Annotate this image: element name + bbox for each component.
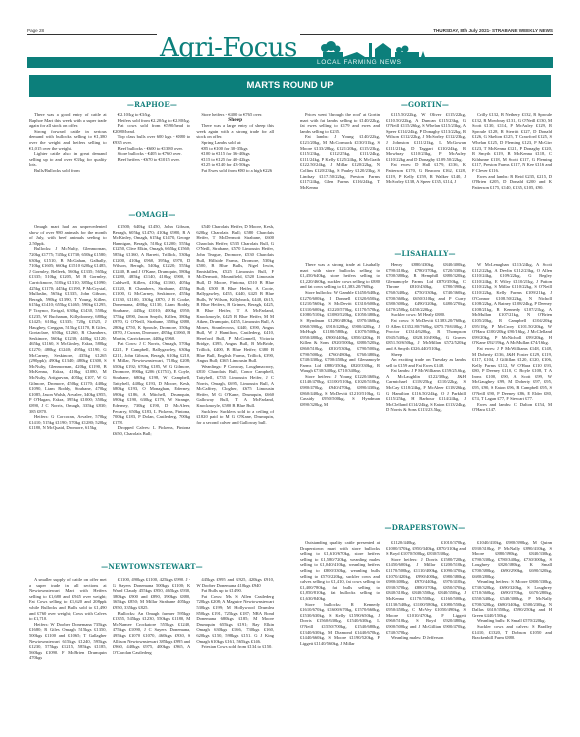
raphoe-col-2: €2.10/kg to €3/kg. Heifers sold from €2.… (113, 112, 191, 207)
paragraph: Fat ewes: D Hall £179, £136, K Patterson… (386, 162, 466, 184)
paragraph: £115.50/22kg, W Oliver £115/22kg, £110.5… (386, 112, 466, 162)
draperstown-col-3: £1040/410kg, £980/390kg, M Quinn £930/31… (472, 540, 552, 705)
paragraph: Beef heifers - €670 to €1015 over. (113, 157, 191, 163)
paragraph: Bulls/Bullocks sold from (29, 168, 107, 174)
paragraph: Strong forward cattle in serious demand … (29, 129, 107, 151)
gortin-heading: —GORTIN— (300, 100, 550, 109)
paragraph: Fat ewes: J P McWilliams £148, £148, M D… (472, 346, 552, 402)
lisahally-col-2: Henry £880/430kg, £840/400kg, £790/410kg… (386, 262, 466, 515)
paragraph: There was a large entry of sheep this we… (196, 123, 274, 140)
paragraph: £1120/440kg, £1010/370kg, £1000/370kg, £… (386, 540, 466, 557)
gortin-col-2: £115.50/22kg, W Oliver £115/22kg, £110.5… (386, 112, 466, 247)
gortin-article: Prices went 'through the roof' at Gortin… (300, 112, 552, 247)
paragraph: Bullocks: An Omagh farmer 595kgs £1355, … (113, 611, 191, 656)
paragraph: Omagh mart had an unprecedented show of … (29, 224, 107, 246)
paragraph: Prices went 'through the roof' at Gortin… (300, 112, 380, 134)
dateline: THURSDAY, 8th July 2021- STRABANE WEEKLY… (433, 28, 553, 33)
paragraph: Fat Ewes sold from €80 to a high €226 (196, 168, 274, 174)
paragraph: Suckler cows and calves: S Bradley £1410… (472, 624, 552, 641)
draperstown-article: Outstanding quality cattle presented at … (300, 540, 552, 705)
omagh-col-3: £540 Charolais Heifer, D Moore, Kesh, 62… (196, 224, 274, 478)
paragraph: Fat cows sold from €590/head to €2080/he… (113, 123, 191, 134)
masthead: Agri-Focus LOCAL FARMING NEWS (27, 38, 553, 70)
paragraph: Lighter cattle also in great demand sell… (29, 151, 107, 168)
paragraph: Top class bulls over 600 kgs - €880 to €… (113, 134, 191, 145)
newtownstewart-col-3: 445kgs £995 and £925, 420kgs £910, W Doo… (196, 577, 274, 702)
newtownstewart-article: A smaller supply of cattle on offer met … (29, 577, 274, 702)
raphoe-article: There was a good entry of cattle at Raph… (29, 112, 274, 207)
paragraph: A smaller supply of cattle on offer met … (29, 577, 107, 622)
marts-banner: MARTS ROUND UP (29, 75, 551, 97)
raphoe-col-1: There was a good entry of cattle at Raph… (29, 112, 107, 207)
paragraph: £1040/410kg, £980/390kg, M Quinn £930/31… (472, 540, 552, 579)
paragraph: £540 Charolais Heifer, D Moore, Kesh, 62… (196, 224, 274, 364)
paragraph: An exciting trade on Tuesday as lambs se… (386, 357, 466, 368)
paragraph: Weanling heifers: S Moore £800/330kg, £7… (472, 579, 552, 618)
paragraph: Fat lambs: J P McWilliams £159/25.6kg, A… (386, 368, 466, 413)
omagh-col-1: Omagh mart had an unprecedented show of … (29, 224, 107, 478)
paragraph: Crilly £132, B Nethery £132, R Sproule £… (472, 112, 552, 174)
paragraph: Store heifers: J Young £1220/460kg, £114… (300, 374, 380, 408)
paragraph: Fat Cows: J C Norris, Omagh, 570kg £221,… (113, 341, 191, 425)
lisahally-article: There was a strong trade at Lisahally ma… (300, 262, 552, 515)
paragraph: Fat Cows: Ms S Allen Castlederg 720kgs £… (196, 594, 274, 644)
lisahally-heading: —LISAHALLY— (300, 249, 550, 258)
draperstown-col-1: Outstanding quality cattle presented at … (300, 540, 380, 705)
paragraph: 445kgs £995 and £925, 420kgs £910, W Doo… (196, 577, 274, 588)
paragraph: £1100, 490kgs £1100, 425kgs £990. J - G … (113, 577, 191, 611)
paragraph: Fat lambs: J Young £140/22kg, £121/20kg,… (300, 134, 380, 190)
omagh-col-2: £1500; 640kg £1450, John Gibson, Beragh,… (113, 224, 191, 478)
raphoe-heading: —RAPHOE— (27, 100, 277, 109)
paragraph: Store bullocks - €405 to €760 over. (113, 151, 191, 157)
masthead-title: Agri-Focus (157, 34, 300, 62)
gortin-col-3: Crilly £132, B Nethery £132, R Sproule £… (472, 112, 552, 247)
lisahally-col-3: W McLenaghan £113/24kg, A Scott £112/22k… (472, 262, 552, 515)
paragraph: There was a strong trade at Lisahally ma… (300, 262, 380, 290)
farm-silhouette-icon (317, 40, 427, 57)
paragraph: Store bullocks: R Kennedy £1610/670kg, £… (300, 602, 380, 647)
paragraph: Heifers: W Doober Donemana 735kgs £1680;… (29, 622, 107, 661)
paragraph: W McLenaghan £113/24kg, A Scott £112/22k… (472, 262, 552, 346)
paragraph: Ewes and lambs: C Dalton £154, M O'Hara … (472, 402, 552, 413)
page-number: Page 28 (27, 28, 44, 33)
omagh-heading: —OMAGH— (27, 210, 277, 219)
lisahally-col-1: There was a strong trade at Lisahally ma… (300, 262, 380, 515)
paragraph: Ewes and lambs: R Reid £235, £215, D O'B… (472, 174, 552, 191)
paragraph: Henry £880/430kg, £840/400kg, £790/410kg… (386, 262, 466, 312)
paragraph: Fat cows: S McDevitt £1383.20/760kg, O A… (386, 318, 466, 352)
paragraph: Store bullocks: W Gamble £1450/640kg, £1… (300, 290, 380, 374)
paragraph: Store heifers: J Dorris £1580/720kg, £14… (386, 557, 466, 635)
paragraph: Dropped Calves: L Pickens, Fintona £650,… (113, 425, 191, 436)
paragraph: Sucklers: Sucklers sold to a ceiling of … (196, 409, 274, 426)
masthead-subtitle: LOCAL FARMING NEWS (317, 58, 402, 68)
newtownstewart-heading: —NEWTOWNSTEWART— (27, 562, 277, 571)
omagh-article: Omagh mart had an unprecedented show of … (29, 224, 274, 478)
paragraph: Friesian Cows sold from £134 to £150. (196, 644, 274, 650)
paragraph: Outstanding quality cattle presented at … (300, 540, 380, 602)
paragraph: Weanlings: P Conway, Loughmacrory, £810 … (196, 364, 274, 409)
draperstown-heading: —DRAPERSTOWN— (300, 523, 550, 532)
paragraph: Bullocks: J McNulty, Glenmornan, 720kg £… (29, 246, 107, 414)
paragraph: £1500; 640kg £1450, John Gibson, Beragh,… (113, 224, 191, 341)
paragraph: Weanling males: D Jefferson (386, 635, 466, 641)
paragraph: There was a good entry of cattle at Raph… (29, 112, 107, 129)
newtownstewart-col-2: £1100, 490kgs £1100, 425kgs £990. J - G … (113, 577, 191, 702)
paragraph: Heifers: G Corcoran, Arvalee, 570kg £141… (29, 414, 107, 431)
gortin-col-1: Prices went 'through the roof' at Gortin… (300, 112, 380, 247)
draperstown-col-2: £1120/440kg, £1010/370kg, £1000/370kg, £… (386, 540, 466, 705)
newtownstewart-col-1: A smaller supply of cattle on offer met … (29, 577, 107, 702)
raphoe-col-3: Store heifers - €400 to €765 over. Sheep… (196, 112, 274, 207)
